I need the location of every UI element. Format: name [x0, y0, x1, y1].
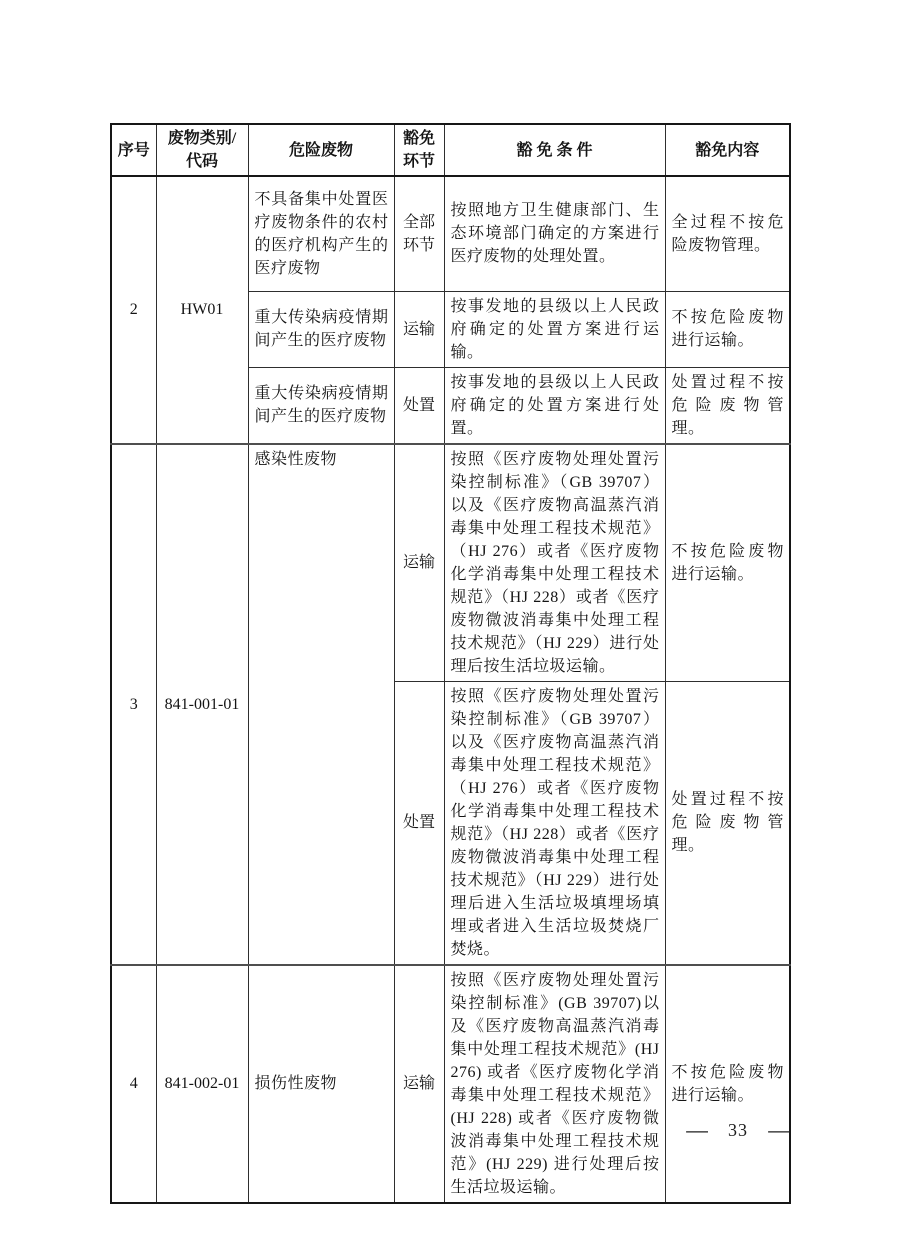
- cell-content: 不按危险废物进行运输。: [665, 444, 790, 682]
- cell-code: HW01: [156, 176, 248, 444]
- document-page: 序号 废物类别/ 代码 危险废物 豁免 环节 豁 免 条 件 豁免内容 2 HW…: [0, 0, 897, 1255]
- hazardous-waste-exemption-table: 序号 废物类别/ 代码 危险废物 豁免 环节 豁 免 条 件 豁免内容 2 HW…: [110, 123, 791, 1204]
- header-cell-exempt-stage: 豁免 环节: [394, 124, 444, 176]
- cell-condition: 按事发地的县级以上人民政府确定的处置方案进行处置。: [444, 367, 665, 444]
- cell-stage: 处置: [394, 367, 444, 444]
- cell-waste: 重大传染病疫情期间产生的医疗废物: [248, 291, 394, 367]
- cell-waste: 损伤性废物: [248, 965, 394, 1203]
- cell-code: 841-002-01: [156, 965, 248, 1203]
- page-number-value: 33: [728, 1120, 748, 1141]
- cell-condition: 按照地方卫生健康部门、生态环境部门确定的方案进行医疗废物的处理处置。: [444, 176, 665, 291]
- table-row-4: 4 841-002-01 损伤性废物 运输 按照《医疗废物处理处置污染控制标准》…: [111, 965, 790, 1203]
- cell-content: 处置过程不按危险废物管理。: [665, 681, 790, 965]
- table-row-2a: 2 HW01 不具备集中处置医疗废物条件的农村的医疗机构产生的医疗废物 全部环节…: [111, 176, 790, 291]
- cell-stage: 运输: [394, 291, 444, 367]
- cell-waste: 感染性废物: [248, 444, 394, 965]
- header-cell-category-code: 废物类别/ 代码: [156, 124, 248, 176]
- exemption-table-wrap: 序号 废物类别/ 代码 危险废物 豁免 环节 豁 免 条 件 豁免内容 2 HW…: [110, 123, 789, 1204]
- header-cell-hazardous-waste: 危险废物: [248, 124, 394, 176]
- header-cell-no: 序号: [111, 124, 156, 176]
- cell-waste: 不具备集中处置医疗废物条件的农村的医疗机构产生的医疗废物: [248, 176, 394, 291]
- cell-code: 841-001-01: [156, 444, 248, 965]
- cell-stage: 运输: [394, 444, 444, 682]
- table-row-3a: 3 841-001-01 感染性废物 运输 按照《医疗废物处理处置污染控制标准》…: [111, 444, 790, 682]
- cell-stage: 全部环节: [394, 176, 444, 291]
- cell-content: 处置过程不按危险废物管理。: [665, 367, 790, 444]
- table-header-row: 序号 废物类别/ 代码 危险废物 豁免 环节 豁 免 条 件 豁免内容: [111, 124, 790, 176]
- cell-condition: 按照《医疗废物处理处置污染控制标准》(GB 39707)以及《医疗废物高温蒸汽消…: [444, 965, 665, 1203]
- header-cell-exempt-content: 豁免内容: [665, 124, 790, 176]
- cell-no: 2: [111, 176, 156, 444]
- cell-content: 全过程不按危险废物管理。: [665, 176, 790, 291]
- cell-waste: 重大传染病疫情期间产生的医疗废物: [248, 367, 394, 444]
- cell-content: 不按危险废物进行运输。: [665, 291, 790, 367]
- cell-condition: 按事发地的县级以上人民政府确定的处置方案进行运输。: [444, 291, 665, 367]
- page-number-dash-right: —: [768, 1120, 790, 1141]
- cell-stage: 处置: [394, 681, 444, 965]
- cell-content: 不按危险废物进行运输。: [665, 965, 790, 1203]
- header-cell-exempt-condition: 豁 免 条 件: [444, 124, 665, 176]
- cell-stage: 运输: [394, 965, 444, 1203]
- page-number: — 33 —: [688, 1120, 788, 1141]
- cell-condition: 按照《医疗废物处理处置污染控制标准》（GB 39707）以及《医疗废物高温蒸汽消…: [444, 444, 665, 682]
- cell-no: 4: [111, 965, 156, 1203]
- cell-no: 3: [111, 444, 156, 965]
- cell-condition: 按照《医疗废物处理处置污染控制标准》（GB 39707）以及《医疗废物高温蒸汽消…: [444, 681, 665, 965]
- page-number-dash-left: —: [686, 1120, 708, 1141]
